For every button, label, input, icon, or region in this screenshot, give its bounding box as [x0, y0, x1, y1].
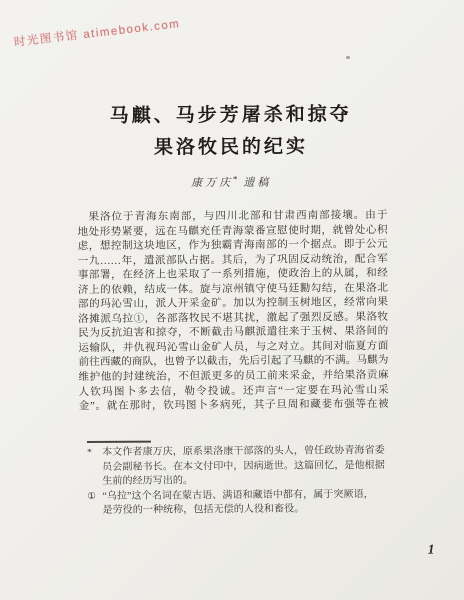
footnote-line: 员会副秘书长。在本文付印中，因病逝世。这篇回忆，是他根据: [102, 459, 389, 476]
footnote-divider: [87, 441, 151, 443]
article-title-line2: 果洛牧民的纪实: [0, 130, 463, 165]
article-title: 马麒、马步芳屠杀和掠夺 果洛牧民的纪实: [0, 98, 463, 165]
scanned-book-page: 时光图书馆 atimebook.com 马麒、马步芳屠杀和掠夺 果洛牧民的纪实 …: [0, 0, 464, 600]
author-line: 康万庆* 遗稿: [0, 172, 463, 191]
body-line: 维护他的封建统治，不但派更多的员工前来采金，并给果洛贡麻: [78, 369, 388, 386]
footnote-marker: ①: [87, 490, 102, 505]
footnote-wula: ① “乌拉”这个名词在蒙古语、满语和藏语中都有，属于突厥语， 是劳役的一种统称，…: [87, 488, 389, 519]
body-line: 虑，想控制这块地区，作为独霸青海南部的一个据点。即于公元: [78, 238, 388, 255]
article-title-line1: 马麒、马步芳屠杀和掠夺: [0, 98, 463, 133]
footnote-line: 是劳役的一种统称，包括无偿的人役和畜役。: [102, 502, 389, 519]
body-line: 金”。就在那时，钦玛图卜多病死，其子旦周和藏婓布强等在被: [79, 398, 389, 415]
footnote-marker: *: [87, 446, 102, 461]
footnote-line: “乌拉”这个名词在蒙古语、满语和藏语中都有，属于突厥语，: [102, 488, 389, 505]
footnote-line: 本文作者康万庆，原系果洛康干部落的头人，曾任政协青海省委: [102, 444, 389, 461]
footnote-author: * 本文作者康万庆，原系果洛康干部落的头人，曾任政协青海省委 员会副秘书长。在本…: [87, 444, 389, 490]
author-role-label: 遗稿: [243, 177, 271, 189]
page-number: 1: [428, 542, 435, 558]
body-line: 果洛位于青海东南部，与四川北部和甘肃西南部接壤。由于: [77, 209, 387, 226]
body-text: 果洛位于青海东南部，与四川北部和甘肃西南部接壤。由于 地处形势紧要，远在马麒充任…: [77, 209, 388, 415]
author-name: 康万庆: [191, 177, 233, 189]
footnotes: * 本文作者康万庆，原系果洛康干部落的头人，曾任政协青海省委 员会副秘书长。在本…: [87, 444, 390, 519]
